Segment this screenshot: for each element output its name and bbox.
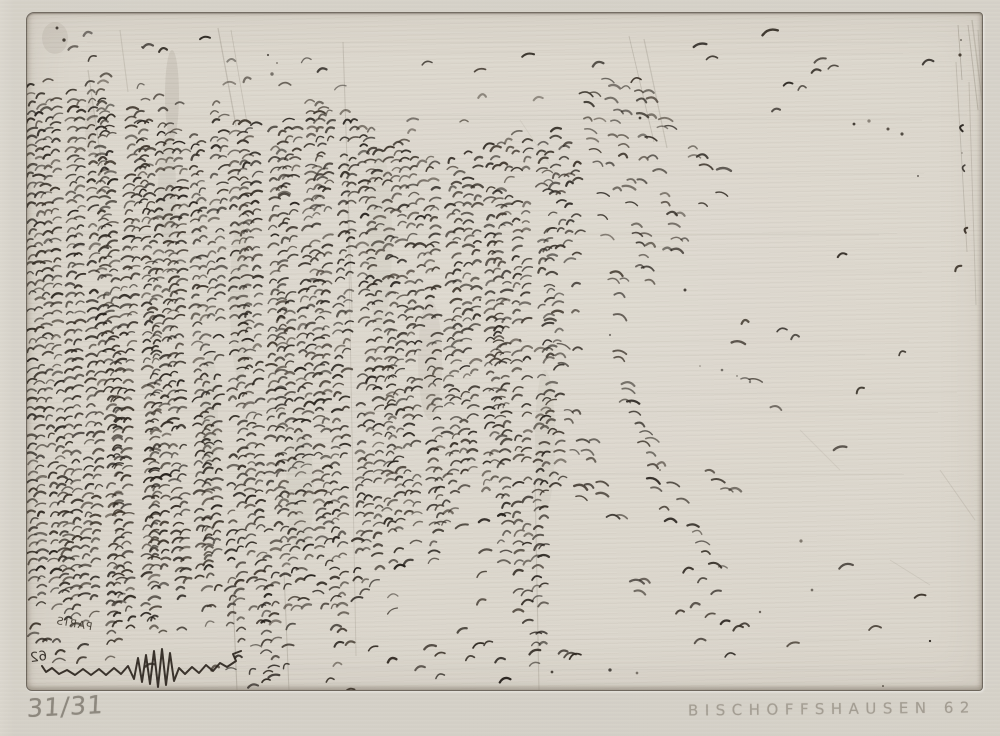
etching-plate-impression bbox=[26, 12, 983, 691]
edition-number: 31/31 bbox=[26, 690, 104, 723]
plate-inscription-year: 62 bbox=[29, 648, 48, 666]
paper-sheet: PARIS 62 31/31 BISCHOFFSHAUSEN 62 bbox=[0, 0, 1000, 736]
artist-pencil-signature: BISCHOFFSHAUSEN 62 bbox=[688, 698, 976, 719]
